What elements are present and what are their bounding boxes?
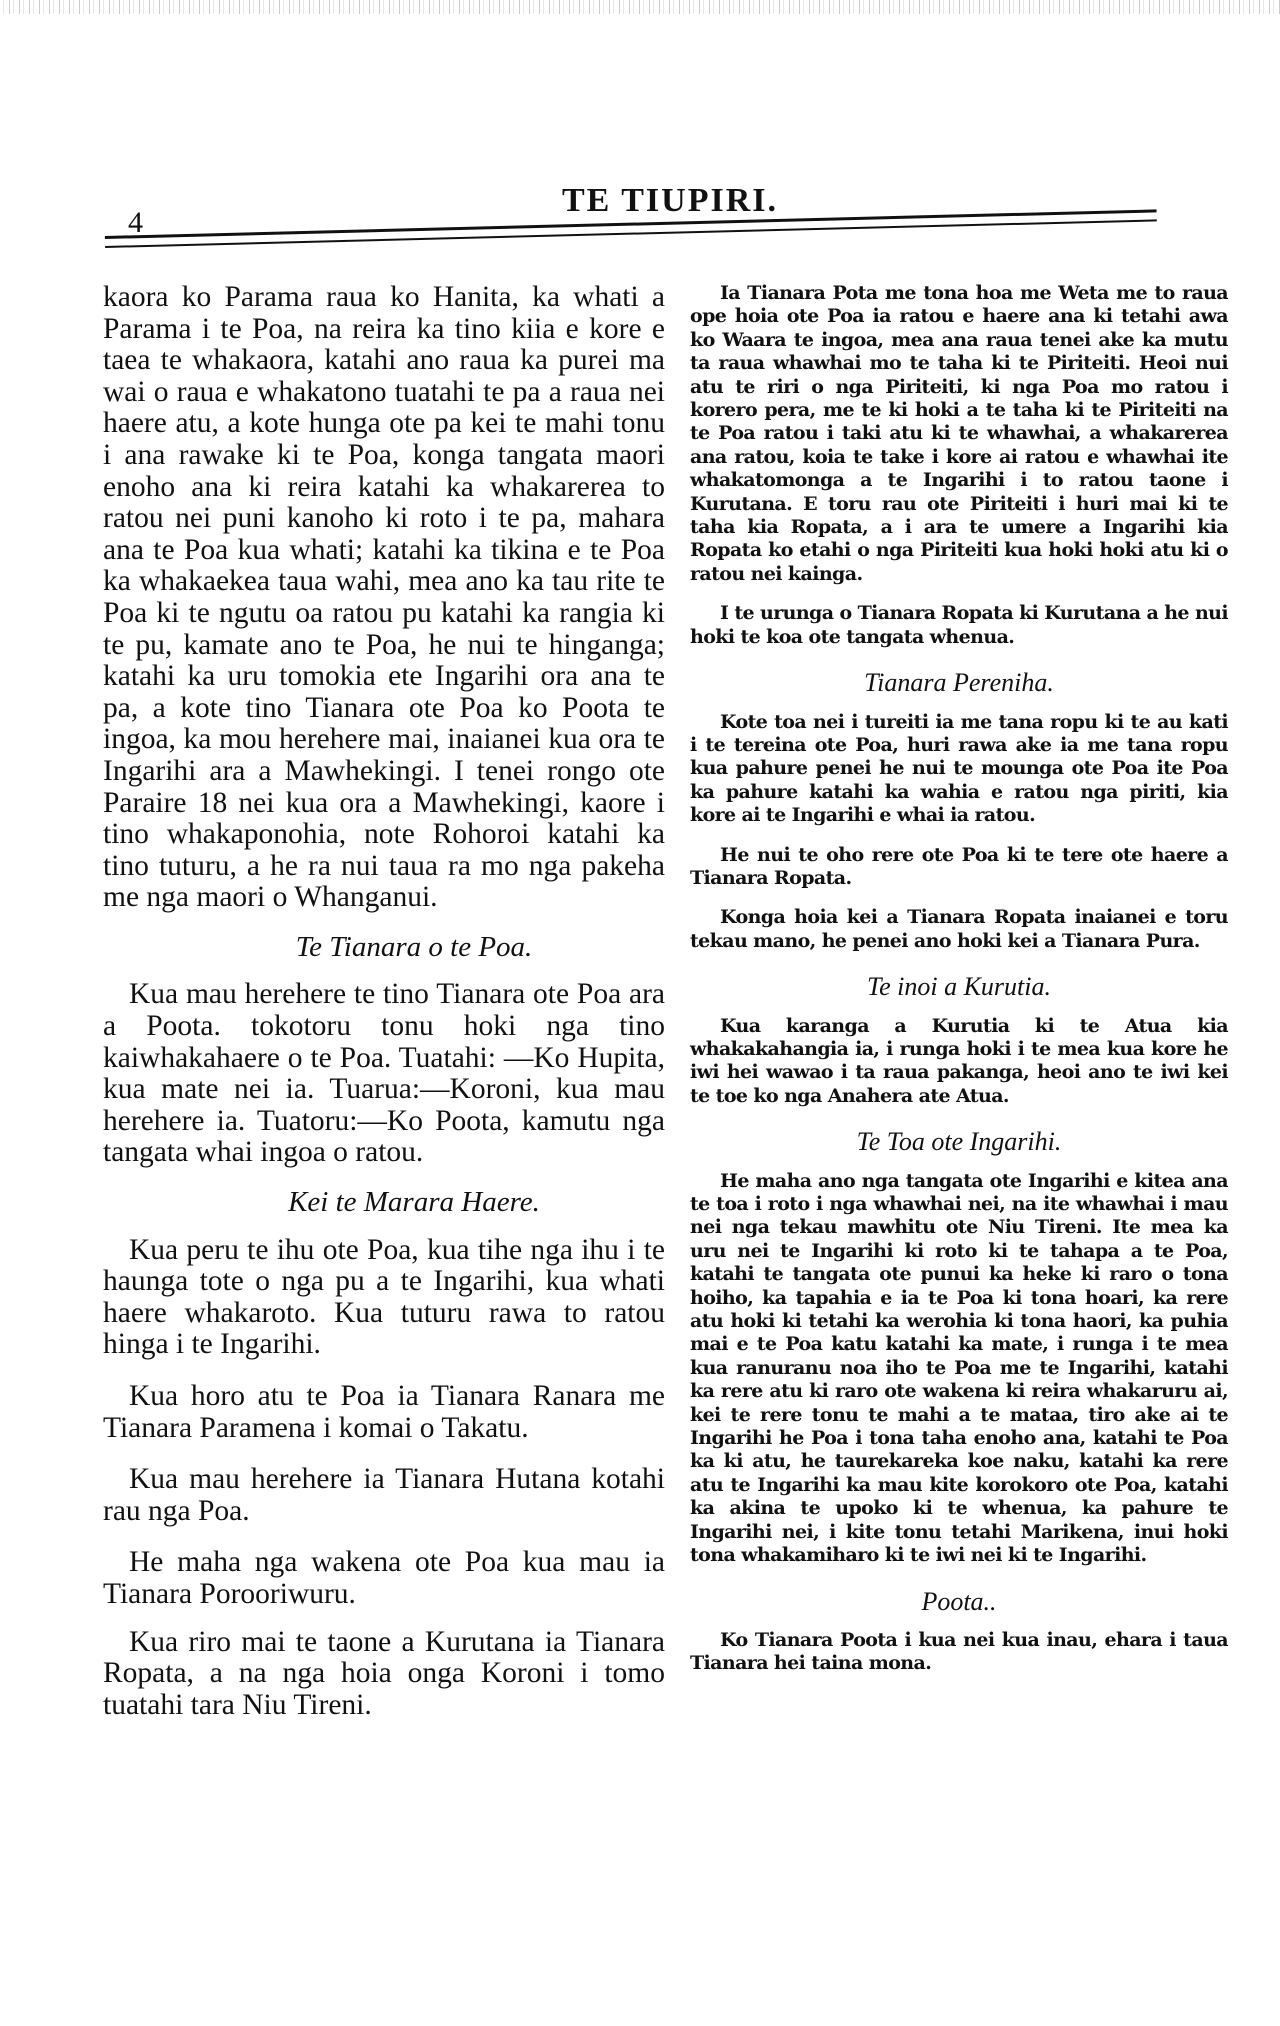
paragraph: He nui te oho rere ote Poa ki te tere ot… [690, 844, 1228, 891]
scan-noise-top-edge [0, 0, 1280, 14]
article-continuation-paragraph: kaora ko Parama raua ko Hanita, ka whati… [103, 282, 665, 914]
paragraph: Kua riro mai te taone a Kurutana ia Tian… [103, 1627, 665, 1722]
right-column: Ia Tianara Pota me tona hoa me Weta me t… [690, 282, 1228, 1676]
paragraph: Kua peru te ihu ote Poa, kua tihe nga ih… [103, 1235, 665, 1361]
paragraph: Kua mau herehere te tino Tianara ote Poa… [103, 979, 665, 1169]
paragraph: Ko Tianara Poota i kua nei kua inau, eha… [690, 1629, 1228, 1676]
section-heading-kei-te-marara-haere: Kei te Marara Haere. [163, 1187, 665, 1219]
section-heading-te-inoi-a-kurutia: Te inoi a Kurutia. [690, 975, 1228, 998]
paragraph: Kua karanga a Kurutia ki te Atua kia wha… [690, 1015, 1228, 1109]
paragraph: Ia Tianara Pota me tona hoa me Weta me t… [690, 282, 1228, 586]
paragraph: Kote toa nei i tureiti ia me tana ropu k… [690, 711, 1228, 828]
paragraph: Kua horo atu te Poa ia Tianara Ranara me… [103, 1381, 665, 1444]
section-heading-te-tianara-o-te-poa: Te Tianara o te Poa. [163, 932, 665, 964]
left-column: kaora ko Parama raua ko Hanita, ka whati… [103, 282, 665, 1721]
paragraph: He maha nga wakena ote Poa kua mau ia Ti… [103, 1547, 665, 1610]
section-heading-te-toa-ote-ingarihi: Te Toa ote Ingarihi. [690, 1130, 1228, 1153]
paragraph: I te urunga o Tianara Ropata ki Kurutana… [690, 602, 1228, 649]
paragraph: He maha ano nga tangata ote Ingarihi e k… [690, 1170, 1228, 1568]
section-heading-poota: Poota.. [690, 1590, 1228, 1613]
paragraph: Kua mau herehere ia Tianara Hutana kotah… [103, 1464, 665, 1527]
section-heading-tianara-pereniha: Tianara Pereniha. [690, 671, 1228, 694]
paragraph: Konga hoia kei a Tianara Ropata inaianei… [690, 906, 1228, 953]
